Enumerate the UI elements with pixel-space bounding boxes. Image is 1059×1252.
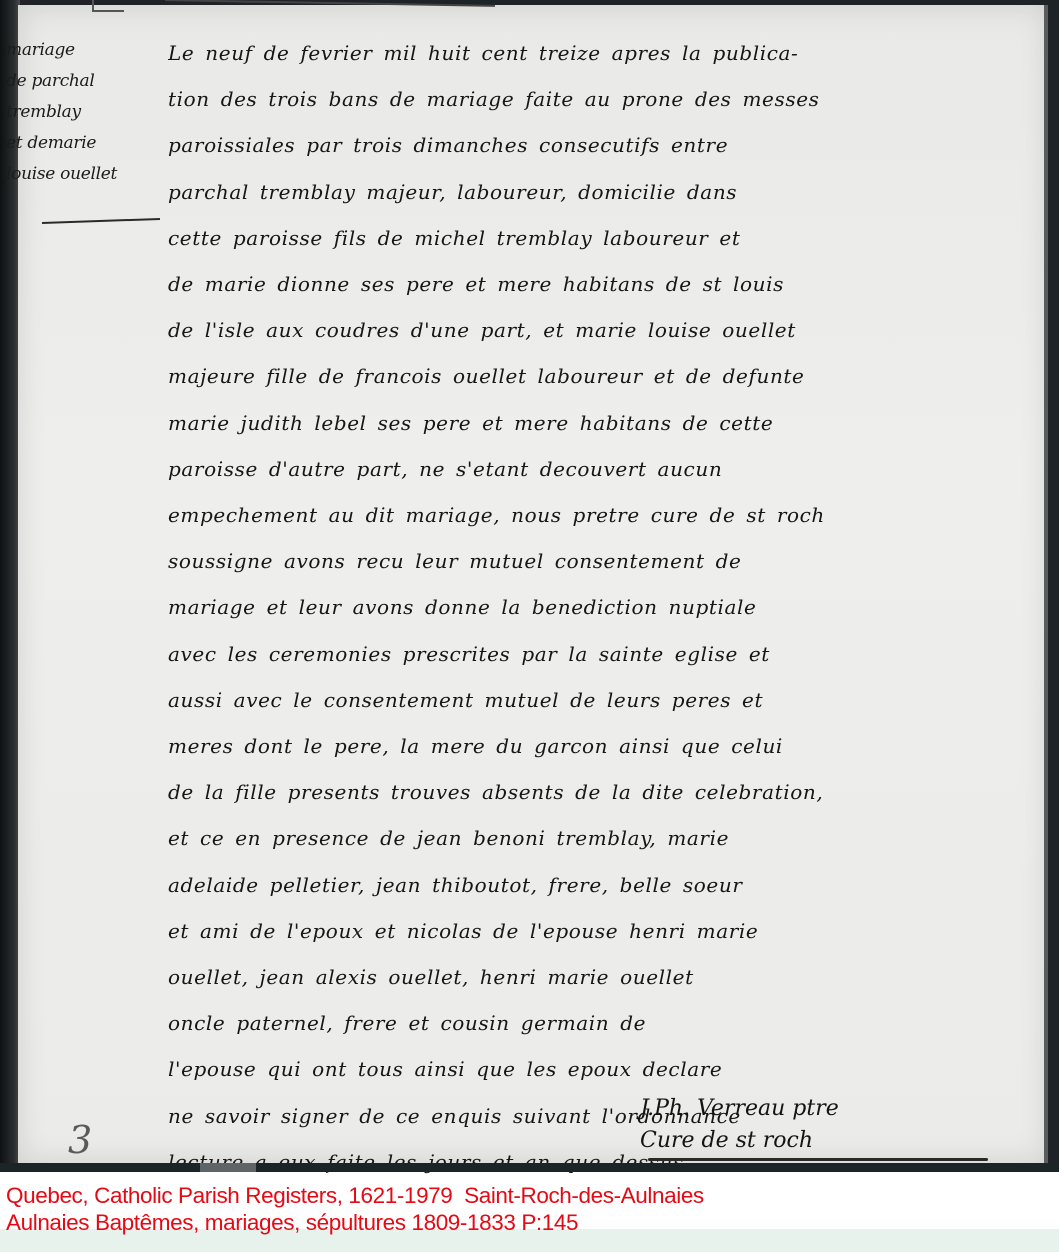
entry-line: tion des trois bans de mariage faite au …	[168, 76, 1038, 122]
entry-line: majeure fille de francois ouellet labour…	[168, 353, 1038, 399]
top-flourish-mark	[92, 0, 124, 12]
signature-underline	[648, 1158, 988, 1161]
entry-line: soussigne avons recu leur mutuel consent…	[168, 538, 1038, 584]
scanned-register-image: mariage de parchal tremblay et demarie l…	[0, 0, 1059, 1172]
entry-line: adelaide pelletier, jean thiboutot, frer…	[168, 862, 1038, 908]
margin-note-line: louise ouellet	[6, 159, 156, 190]
entry-line: ne savoir signer de ce enquis suivant l'…	[168, 1093, 1038, 1139]
entry-line: lecture a eux faite les jours et an que …	[168, 1139, 1038, 1185]
entry-line: et ami de l'epoux et nicolas de l'epouse…	[168, 908, 1038, 954]
entry-line: de l'isle aux coudres d'une part, et mar…	[168, 307, 1038, 353]
entry-line: de la fille presents trouves absents de …	[168, 769, 1038, 815]
entry-line: avec les ceremonies prescrites par la sa…	[168, 631, 1038, 677]
entry-line: oncle paternel, frere et cousin germain …	[168, 1000, 1038, 1046]
entry-line: Le neuf de fevrier mil huit cent treize …	[168, 30, 1038, 76]
register-entry-text: Le neuf de fevrier mil huit cent treize …	[168, 30, 1038, 1185]
entry-line: marie judith lebel ses pere et mere habi…	[168, 400, 1038, 446]
margin-note: mariage de parchal tremblay et demarie l…	[6, 35, 156, 190]
signature-name: J.Ph. Verreau ptre	[640, 1093, 839, 1125]
entry-line: paroisse d'autre part, ne s'etant decouv…	[168, 446, 1038, 492]
entry-line: paroissiales par trois dimanches consecu…	[168, 122, 1038, 168]
caption-collection-line: Quebec, Catholic Parish Registers, 1621-…	[0, 1182, 1059, 1209]
folio-number-mark: 3	[68, 1118, 92, 1162]
priest-signature: J.Ph. Verreau ptre Cure de st roch	[640, 1093, 839, 1157]
margin-note-line: et demarie	[6, 128, 156, 159]
entry-line: cette paroisse fils de michel tremblay l…	[168, 215, 1038, 261]
caption-volume-line: Aulnaies Baptêmes, mariages, sépultures …	[0, 1209, 1059, 1236]
page-edge	[1044, 5, 1048, 1163]
scan-bottom-strip	[0, 1163, 1059, 1172]
entry-line: de marie dionne ses pere et mere habitan…	[168, 261, 1038, 307]
scan-strip-marker	[200, 1163, 256, 1172]
margin-note-line: tremblay	[6, 97, 156, 128]
margin-note-line: mariage	[6, 35, 156, 66]
entry-line: aussi avec le consentement mutuel de leu…	[168, 677, 1038, 723]
entry-line: parchal tremblay majeur, laboureur, domi…	[168, 169, 1038, 215]
entry-line: ouellet, jean alexis ouellet, henri mari…	[168, 954, 1038, 1000]
entry-line: l'epouse qui ont tous ainsi que les epou…	[168, 1046, 1038, 1092]
entry-line: empechement au dit mariage, nous pretre …	[168, 492, 1038, 538]
entry-line: mariage et leur avons donne la benedicti…	[168, 584, 1038, 630]
entry-line: meres dont le pere, la mere du garcon ai…	[168, 723, 1038, 769]
margin-note-line: de parchal	[6, 66, 156, 97]
source-caption: Quebec, Catholic Parish Registers, 1621-…	[0, 1182, 1059, 1236]
entry-line: et ce en presence de jean benoni trembla…	[168, 815, 1038, 861]
signature-title: Cure de st roch	[640, 1125, 839, 1157]
